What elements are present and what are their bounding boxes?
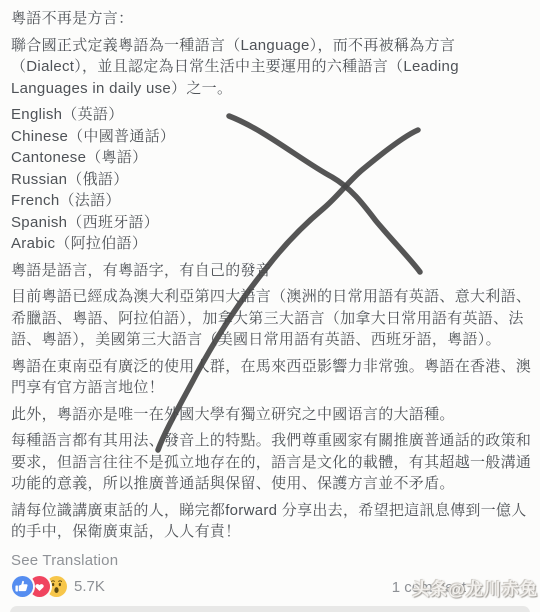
comment-count-link[interactable]: 1 comment xyxy=(392,579,466,596)
language-list-item: Arabic（阿拉伯語） xyxy=(11,233,534,255)
paragraph-rankings: 目前粵語已經成為澳大利亞第四大語言（澳洲的日常用語有英語、意大利語、 希臘語、粵… xyxy=(11,286,534,351)
paragraph-un-definition: 聯合國正式定義粵語為一種語言（Language），而不再被稱為方言 （Diale… xyxy=(11,35,534,100)
language-list-item: French（法語） xyxy=(11,190,534,212)
text-line: 要求，但語言往往不是孤立地存在的，語言是文化的載體，有其超越一般溝通 xyxy=(11,452,534,474)
paragraph-share-appeal: 請每位識講廣東話的人，睇完都forward 分享出去，希望把這訊息傳到一億人 的… xyxy=(11,500,534,543)
text-line: 目前粵語已經成為澳大利亞第四大語言（澳洲的日常用語有英語、意大利語、 xyxy=(11,286,534,308)
text-line: 請每位識講廣東話的人，睇完都forward 分享出去，希望把這訊息傳到一億人 xyxy=(11,500,534,522)
like-reaction-icon[interactable] xyxy=(12,576,33,597)
paragraph-policy: 每種語言都有其用法、發音上的特點。我們尊重國家有關推廣普通話的政策和 要求，但語… xyxy=(11,430,534,495)
language-list-item: Spanish（西班牙語） xyxy=(11,212,534,234)
text-line: 希臘語、粵語、阿拉伯語），加拿大第三大語言（加拿大日常用語有英語、法 xyxy=(11,308,534,330)
see-translation-link[interactable]: See Translation xyxy=(11,550,534,572)
language-list: English（英語） Chinese（中國普通話） Cantonese（粵語）… xyxy=(11,104,534,255)
reactions-summary[interactable]: 5.7K xyxy=(12,576,105,597)
post-footer: 5.7K 1 comment 头条@龙川赤兔 xyxy=(12,576,540,602)
text-line: 每種語言都有其用法、發音上的特點。我們尊重國家有關推廣普通話的政策和 xyxy=(11,430,534,452)
text-line: 粵語是語言，有粵語字，有自己的發音 xyxy=(11,260,534,282)
language-list-item: Cantonese（粵語） xyxy=(11,147,534,169)
post-body: 粵語不再是方言： 聯合國正式定義粵語為一種語言（Language），而不再被稱為… xyxy=(11,8,534,571)
language-list-item: Russian（俄語） xyxy=(11,169,534,191)
paragraph-southeast-asia: 粵語在東南亞有廣泛的使用人群，在馬來西亞影響力非常強。粵語在香港、澳 門享有官方… xyxy=(11,356,534,399)
language-list-item: English（英語） xyxy=(11,104,534,126)
text-line: 的手中，保衛廣東話，人人有責！ xyxy=(11,521,534,543)
text-line: 功能的意義，所以推廣普通話與保留、使用、保護方言並不矛盾。 xyxy=(11,473,534,495)
text-line: （Dialect），並且認定為日常生活中主要運用的六種語言（Leading xyxy=(11,56,534,78)
text-line: 門享有官方語言地位！ xyxy=(11,377,534,399)
text-line: 聯合國正式定義粵語為一種語言（Language），而不再被稱為方言 xyxy=(11,35,534,57)
comment-input-top[interactable] xyxy=(10,606,530,612)
text-line: 語、粵語），美國第三大語言（美國日常用語有英語、西班牙語，粵語）。 xyxy=(11,329,534,351)
text-line: Languages in daily use）之一。 xyxy=(11,78,534,100)
post-title-line: 粵語不再是方言： xyxy=(11,8,534,30)
language-list-item: Chinese（中國普通話） xyxy=(11,126,534,148)
text-line: 粵語在東南亞有廣泛的使用人群，在馬來西亞影響力非常強。粵語在香港、澳 xyxy=(11,356,534,378)
text-line: 此外，粵語亦是唯一在外國大學有獨立研究之中國语言的大語種。 xyxy=(11,404,534,426)
reaction-count[interactable]: 5.7K xyxy=(74,578,105,595)
paragraph-is-language: 粵語是語言，有粵語字，有自己的發音 xyxy=(11,260,534,282)
paragraph-unique-study: 此外，粵語亦是唯一在外國大學有獨立研究之中國语言的大語種。 xyxy=(11,404,534,426)
